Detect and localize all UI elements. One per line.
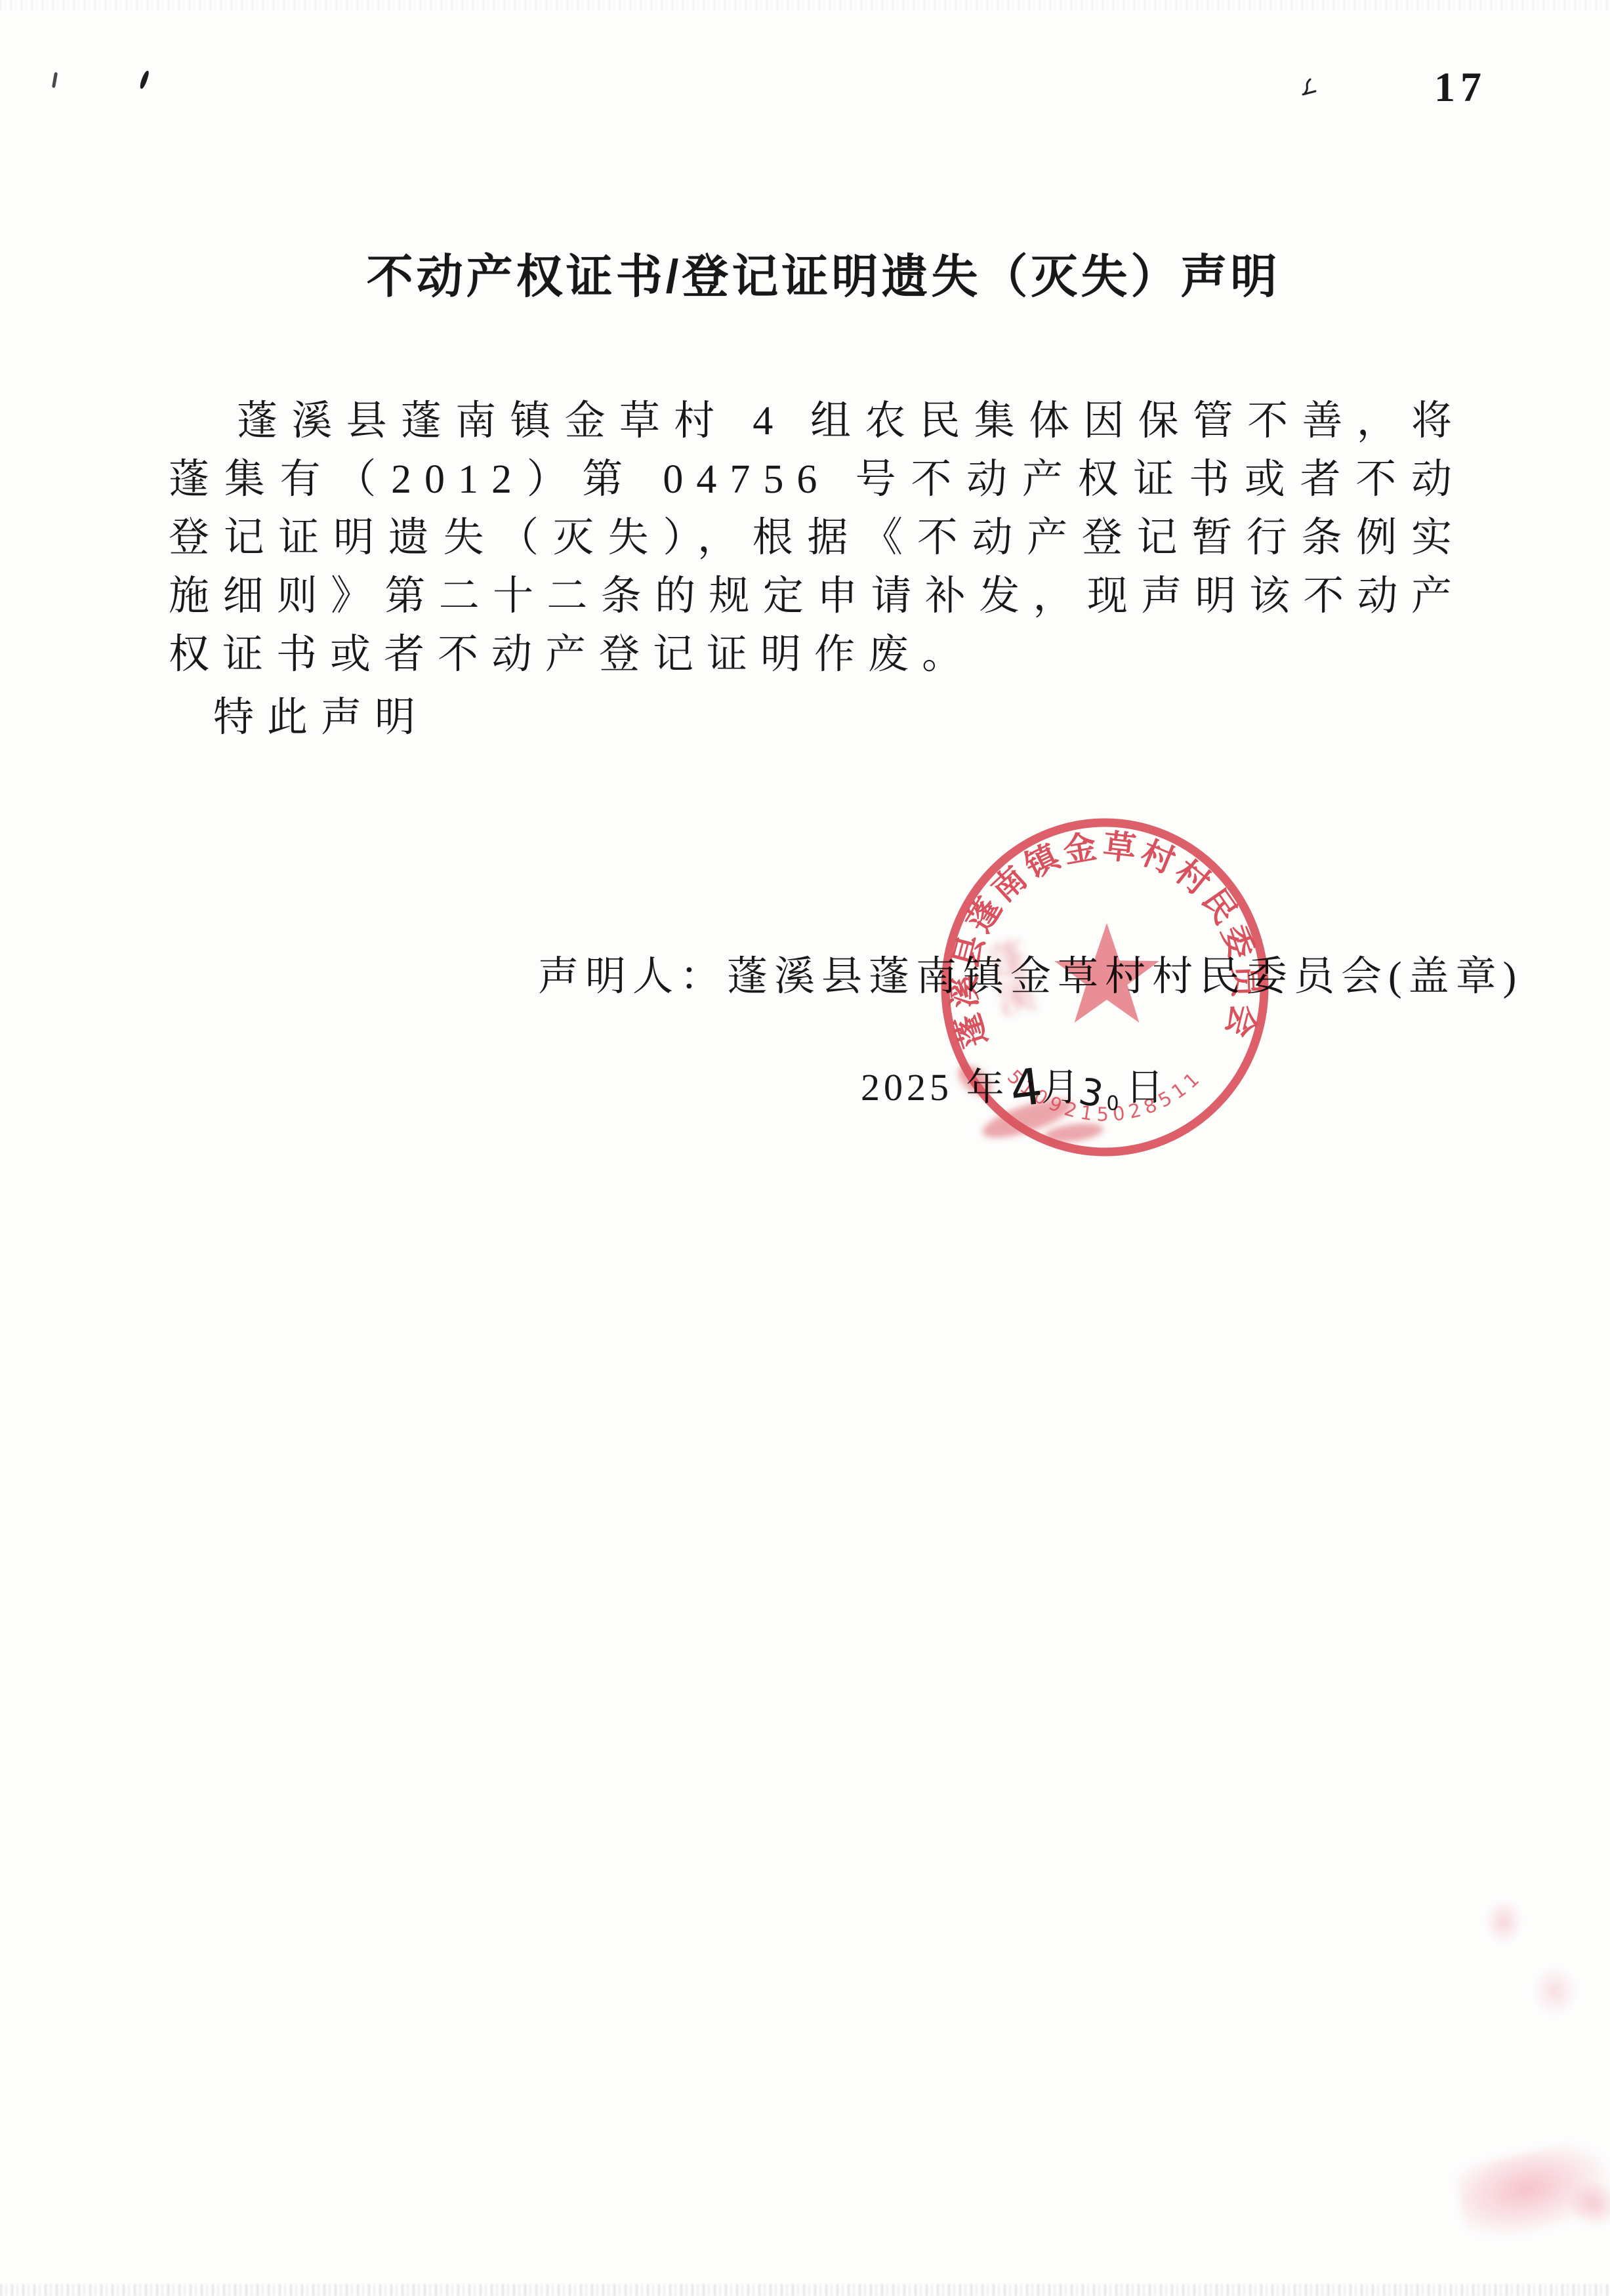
body-line: 施细则》第二十二条的规定申请补发，现声明该不动产 bbox=[169, 567, 1465, 626]
page-number: 17 bbox=[1434, 63, 1487, 112]
body-line: 登记证明遗失（灭失），根据《不动产登记暂行条例实 bbox=[169, 509, 1465, 567]
document-page: 17 不动产权证书/登记证明遗失（灭失）声明 蓬溪县蓬南镇金草村 4 组农民集体… bbox=[0, 0, 1610, 2296]
ink-tick-2 bbox=[139, 70, 150, 89]
pink-smudge-tail bbox=[1568, 2181, 1610, 2227]
seal-star-icon bbox=[1054, 923, 1159, 1023]
scan-noise-bottom bbox=[0, 2284, 1610, 2296]
seal-ghost-text: 蓬溪 bbox=[978, 936, 1037, 1020]
body-line: 蓬溪县蓬南镇金草村 4 组农民集体因保管不善，将 bbox=[169, 392, 1465, 451]
declaration-body: 蓬溪县蓬南镇金草村 4 组农民集体因保管不善，将 蓬集有（2012）第 0475… bbox=[169, 392, 1465, 747]
pink-speck-2 bbox=[1532, 1965, 1578, 2017]
pink-speck-1 bbox=[1484, 1899, 1523, 1945]
body-line: 蓬集有（2012）第 04756 号不动产权证书或者不动产 bbox=[169, 451, 1465, 509]
ink-scribble-icon bbox=[1301, 76, 1319, 98]
seal-ink-blob bbox=[953, 1059, 997, 1102]
scan-noise-top bbox=[0, 0, 1610, 10]
document-title: 不动产权证书/登记证明遗失（灭失）声明 bbox=[0, 251, 1610, 304]
ink-tick-1 bbox=[52, 72, 58, 89]
body-line: 权证书或者不动产登记证明作废。 bbox=[169, 626, 1465, 684]
official-seal: 蓬溪县蓬南镇金草村村民委员会 5109215028511 蓬溪 bbox=[921, 804, 1289, 1171]
closing-phrase: 特此声明 bbox=[169, 689, 1465, 747]
